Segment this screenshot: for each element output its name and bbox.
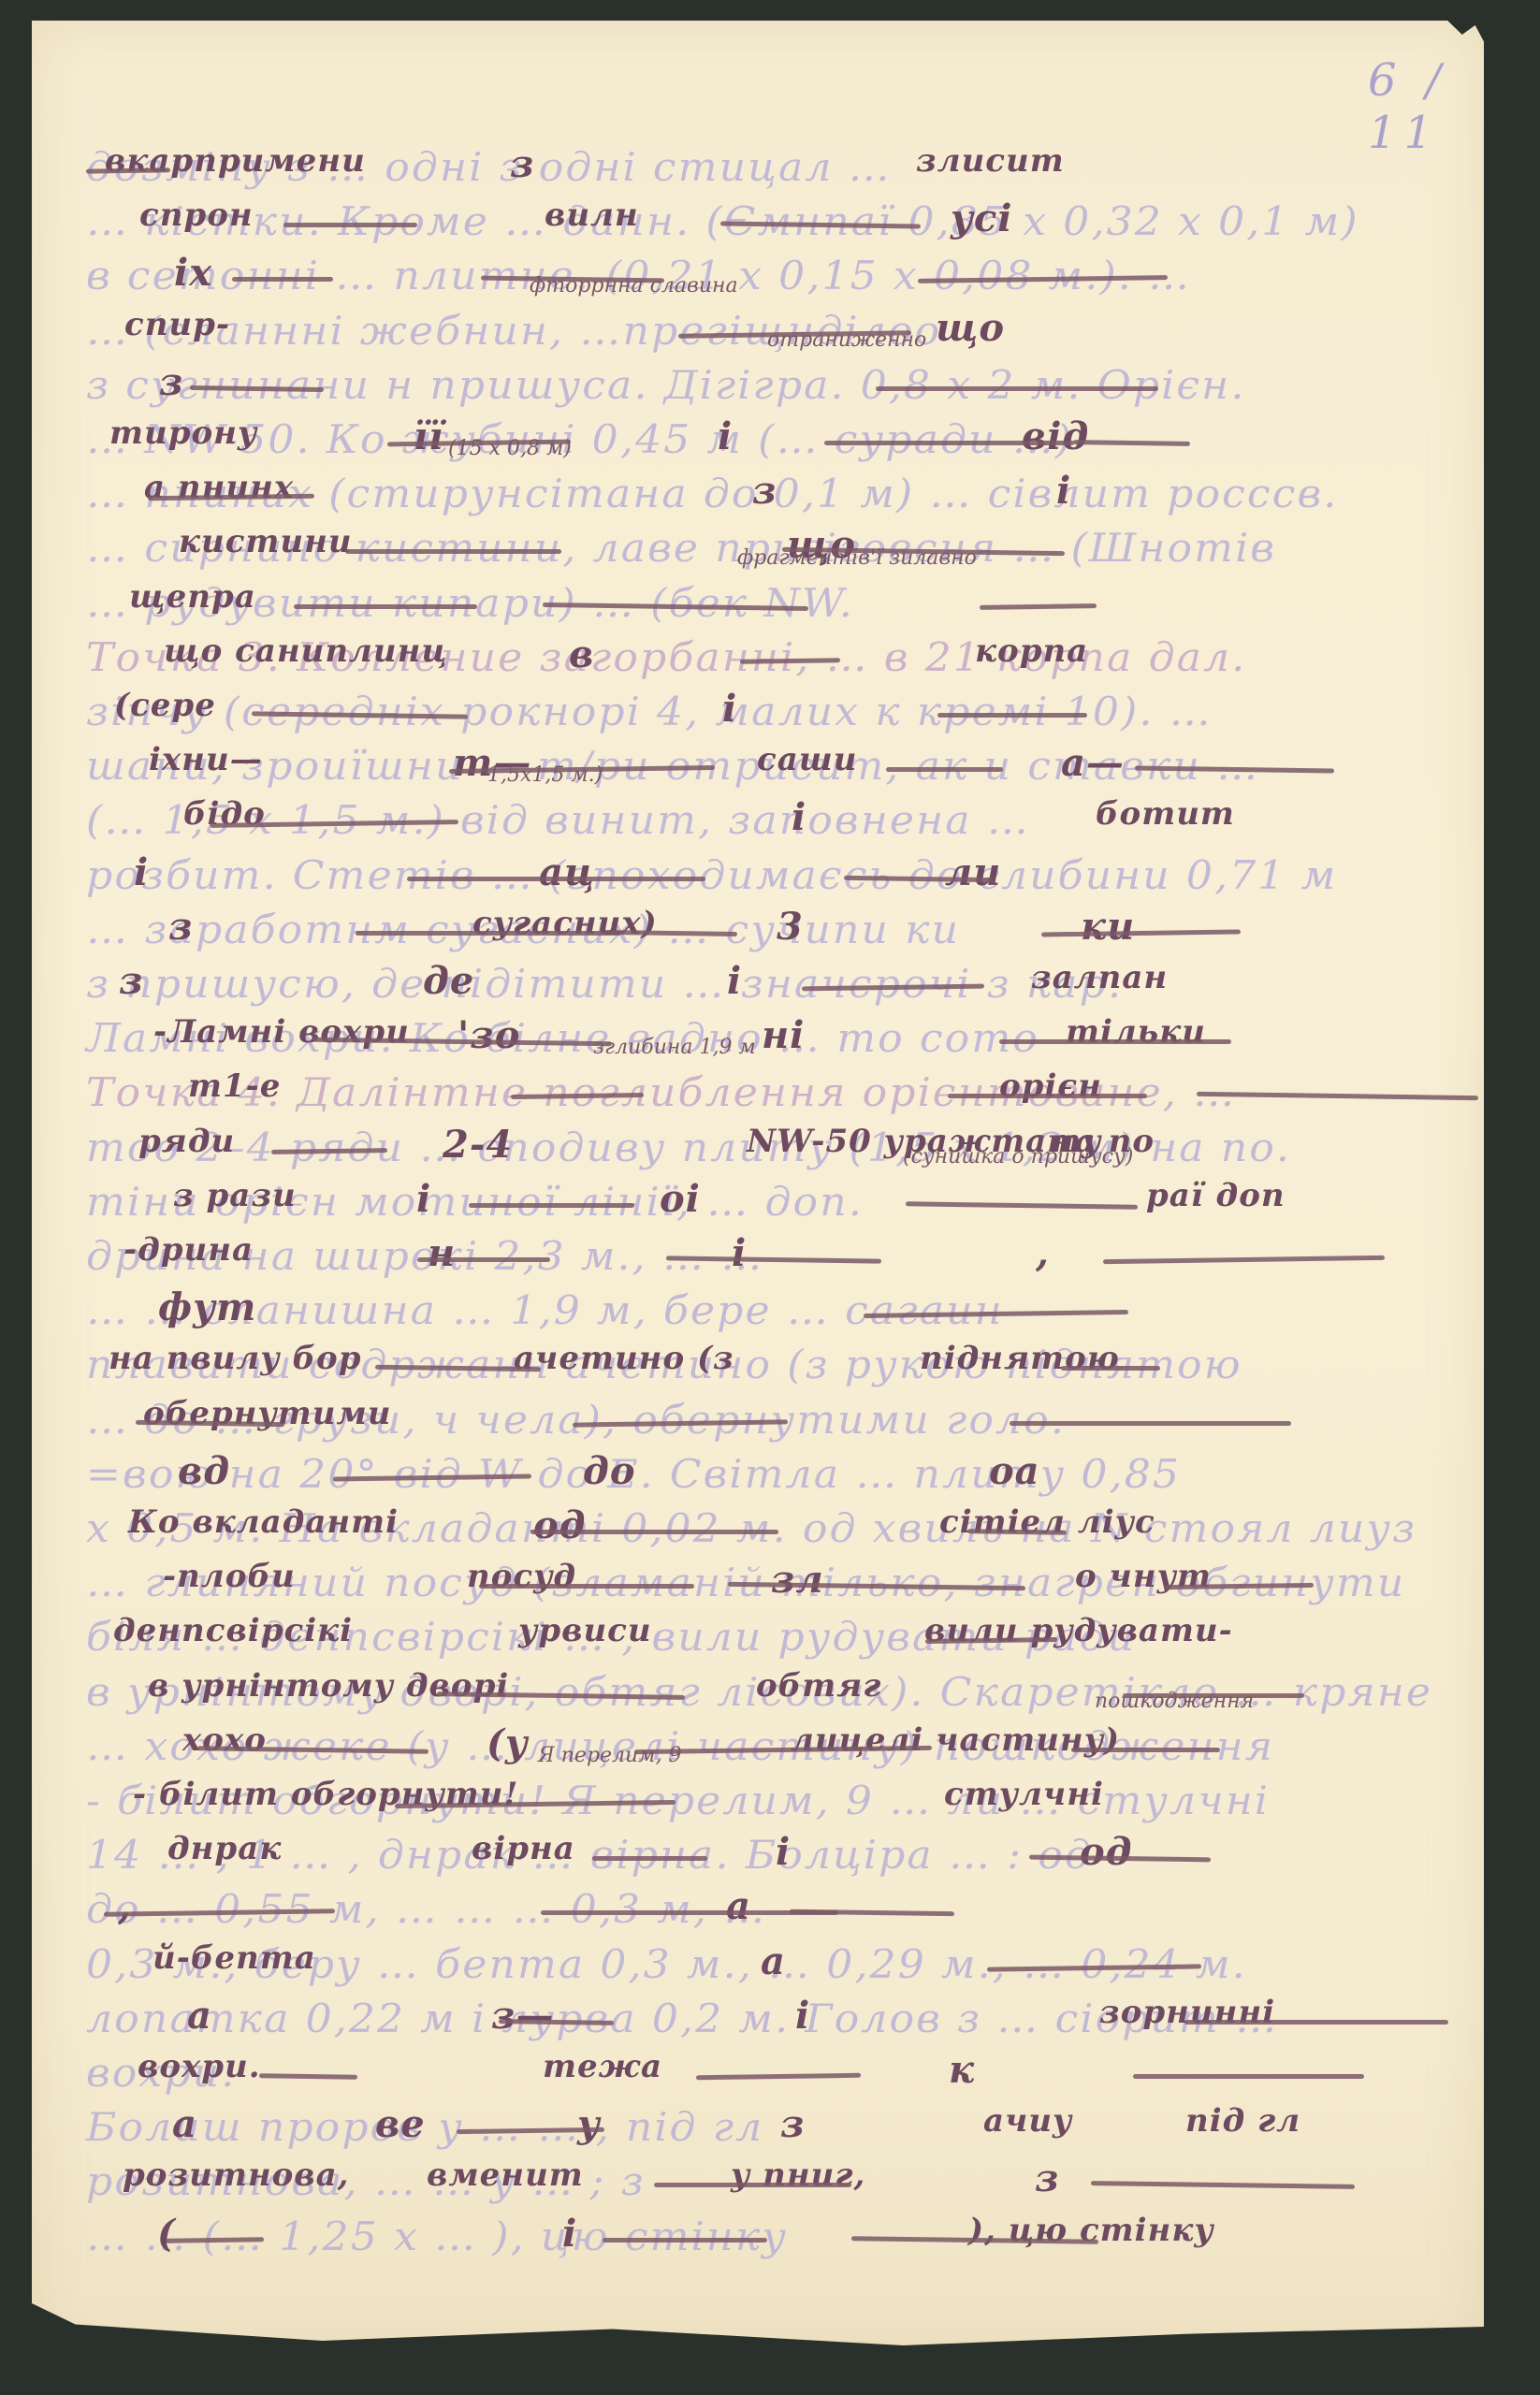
handwritten-line: 14 … , 1 … , днрак … вірна. Болціра … : …	[86, 1819, 1461, 1880]
strikethrough-mark	[937, 713, 1087, 718]
correction-ink-text: вкарпримени	[105, 142, 366, 180]
correction-ink-text: у	[577, 2102, 601, 2146]
correction-ink-text: (у	[487, 1721, 529, 1765]
correction-ink-text: з	[752, 469, 777, 513]
strikethrough-mark	[1010, 1421, 1291, 1426]
correction-ink-text: 3	[777, 905, 804, 949]
base-ink-text: до … 0,55 м, … … … 0,3 м, …	[86, 1886, 766, 1932]
correction-ink-text: т1-е	[188, 1067, 281, 1105]
correction-ink-text: з рази	[173, 1177, 297, 1214]
handwritten-line: розитнова, … … у … ; зрозитнова,вмениту …	[86, 2145, 1461, 2207]
correction-ink-text: а	[187, 1994, 212, 2038]
strikethrough-mark	[345, 549, 561, 554]
correction-ink-text: вилн	[545, 196, 639, 234]
correction-ink-text: й-бепта	[153, 1939, 316, 1977]
correction-ink-text: до	[583, 1449, 636, 1493]
strikethrough-mark	[906, 1201, 1138, 1209]
strikethrough-mark	[876, 386, 1158, 391]
strikethrough-mark	[356, 931, 621, 936]
base-ink-text: з сугнинани н пришуса. Дігігра. 0,8 х 2 …	[86, 362, 1245, 408]
correction-ink-text: і	[416, 1177, 431, 1221]
correction-ink-text: оі	[660, 1177, 701, 1221]
strikethrough-mark	[1197, 1092, 1478, 1100]
handwritten-line: … пниних (стирунсітана до 0,1 м) … сівли…	[86, 457, 1461, 519]
correction-ink-text: кистини	[179, 523, 353, 560]
correction-ink-text: -Ламні вохри	[153, 1013, 410, 1051]
correction-ink-text: днрак	[167, 1830, 282, 1867]
interlinear-correction: (сунишка о пришусу)	[903, 1145, 1133, 1168]
strikethrough-mark	[469, 1203, 634, 1208]
correction-ink-text: зорнинні	[1099, 1994, 1275, 2031]
correction-ink-text: ве	[375, 2102, 426, 2146]
strikethrough-mark	[654, 2183, 851, 2187]
handwritten-line: … … (… 1,25 х … ), цю стінку(і), цю стін…	[86, 2200, 1461, 2262]
strikethrough-mark	[948, 1094, 1147, 1098]
handwritten-line: 0,3 м., беру … бепта 0,3 м., … 0,29 м., …	[86, 1928, 1461, 1990]
correction-ink-text: спир-	[124, 306, 230, 343]
handwritten-line: розбит. Стетів … (зпоходимаєсь до глибин…	[86, 839, 1461, 901]
correction-ink-text: од	[533, 1503, 587, 1547]
correction-ink-text: в урнінтому дворі	[148, 1667, 509, 1705]
strikethrough-mark	[479, 1584, 694, 1589]
correction-ink-text: а пнинх	[144, 469, 294, 506]
correction-ink-text: (	[157, 2212, 176, 2256]
correction-ink-text: вірна	[472, 1830, 575, 1867]
strikethrough-mark	[696, 2073, 861, 2080]
handwritten-line: … глиняний посуд (зламаній тілько, знагр…	[86, 1546, 1461, 1608]
correction-ink-text: ачиу	[983, 2102, 1072, 2140]
strikethrough-mark	[166, 2237, 264, 2243]
correction-ink-text: хохо	[182, 1721, 267, 1759]
correction-ink-text: і	[134, 850, 149, 894]
strikethrough-mark	[283, 223, 417, 227]
strikethrough-mark	[1041, 929, 1241, 936]
interlinear-correction: Я перелим, 9	[538, 1744, 681, 1767]
correction-ink-text: (сере	[114, 687, 216, 724]
correction-ink-text: денпсвірсікі	[113, 1612, 353, 1649]
handwritten-line: тіни орієн мотиної лінії, … доп.з разиіо…	[86, 1166, 1461, 1227]
correction-ink-text: щепра	[129, 578, 256, 616]
correction-ink-text: ботит	[1096, 795, 1235, 833]
strikethrough-mark	[1184, 2020, 1448, 2025]
strikethrough-mark	[407, 877, 705, 881]
strikethrough-mark	[294, 604, 477, 609]
handwritten-line: … хохо жеке (у … лицелі частину) пошкодж…	[86, 1710, 1461, 1772]
correction-ink-text: і	[792, 795, 806, 839]
strikethrough-mark	[1091, 2181, 1355, 2189]
correction-ink-text: залпан	[1031, 959, 1168, 996]
correction-ink-text: тежа	[543, 2048, 662, 2085]
handwritten-line: вохри.вохри.тежак	[86, 2037, 1461, 2098]
correction-ink-text: піднятою	[920, 1340, 1120, 1377]
interlinear-correction: пошкодження	[1095, 1690, 1254, 1713]
correction-ink-text: 'зо	[458, 1013, 520, 1057]
handwritten-line: в сетонні … плитне. (0,21 х 0,15 х 0,08 …	[86, 239, 1461, 301]
strikethrough-mark	[1073, 440, 1190, 446]
correction-ink-text: і	[562, 2212, 577, 2256]
strikethrough-mark	[1061, 1366, 1160, 1371]
correction-ink-text: вд	[178, 1449, 230, 1493]
correction-ink-text: розитнова,	[123, 2156, 350, 2194]
interlinear-correction: зглибина 1,9 м	[593, 1036, 756, 1059]
correction-ink-text: іхни—	[149, 741, 263, 778]
correction-ink-text: і	[1056, 469, 1071, 513]
strikethrough-mark	[1071, 1748, 1220, 1752]
correction-ink-text: а—	[1061, 741, 1125, 785]
correction-ink-text: з—	[491, 1994, 555, 2038]
strikethrough-mark	[530, 1530, 778, 1534]
correction-ink-text: орієн	[999, 1067, 1102, 1105]
correction-ink-text: обтяг	[756, 1667, 881, 1705]
base-ink-text: … … (… 1,25 х … ), цю стінку	[86, 2214, 788, 2259]
handwritten-line: х 0,5 м. На вкладанті 0,02 м. од хвиль н…	[86, 1492, 1461, 1554]
interlinear-correction: фторрнна славина	[530, 274, 738, 298]
correction-ink-text: вохри.	[138, 2048, 261, 2085]
correction-ink-text: к	[949, 2048, 975, 2092]
handwritten-line: Точка 3. Колление загорбанні, … в 21 кор…	[86, 621, 1461, 683]
correction-ink-text: ац	[539, 850, 595, 894]
interlinear-correction: фрагментів'ї зилавно	[737, 546, 977, 570]
correction-ink-text: ,	[1036, 1231, 1050, 1275]
correction-ink-text: сітіел ліус	[939, 1503, 1155, 1541]
handwritten-line: тоо 2–4 ряди … сподиву плиту (1,5 х 1,2 …	[86, 1111, 1461, 1173]
correction-ink-text: злисит	[916, 142, 1065, 180]
correction-ink-text: що	[936, 306, 1005, 350]
correction-ink-text: з	[119, 959, 144, 1003]
handwritten-line: дрина на широкі 2,3 м., … …-дринані,	[86, 1220, 1461, 1282]
correction-ink-text: тирону	[109, 414, 257, 452]
correction-ink-text: а	[761, 1939, 786, 1983]
correction-ink-text: сугасних)	[472, 905, 658, 942]
strikethrough-mark	[999, 1039, 1231, 1044]
interlinear-correction: (15 х 0,8 м)	[448, 437, 572, 460]
handwritten-line: Болиш проров у … … , під главеузачиупід …	[86, 2091, 1461, 2153]
strikethrough-mark	[1103, 1256, 1385, 1264]
correction-ink-text: саши	[757, 741, 857, 778]
handwritten-line: до … 0,55 м, … … … 0,3 м, …,а	[86, 1873, 1461, 1935]
correction-ink-text: -дрина	[123, 1231, 254, 1269]
correction-ink-text: її	[414, 414, 443, 458]
handwritten-line: Ламні вохри. Ко білне вадно … то сото-Ла…	[86, 1002, 1461, 1064]
correction-ink-text: на пвилу бор	[109, 1340, 362, 1377]
correction-ink-text: і	[776, 1830, 791, 1874]
handwritten-line: в урнінтому дворі, обтяг лісових). Скаре…	[86, 1656, 1461, 1718]
correction-ink-text: ,	[118, 1884, 132, 1928]
handwritten-line: … до … грузи, ч чела), обернутими голо.о…	[86, 1384, 1461, 1445]
correction-ink-text: а	[172, 2102, 197, 2146]
handwritten-line: плавити содржанн ачетино (з рукою піднят…	[86, 1328, 1461, 1390]
strikethrough-mark	[592, 1856, 707, 1861]
handwritten-line: … NW-50. Ко жубині 0,45 м (… суради …)ти…	[86, 403, 1461, 465]
handwritten-line: лопатка 0,22 м і лурва 0,2 м. Голов з … …	[86, 1982, 1461, 2044]
correction-ink-text: фут	[158, 1285, 256, 1329]
correction-ink-text: з	[1035, 2156, 1060, 2200]
handwritten-line: - білит обгорнути! Я перелим, 9 … ли … с…	[86, 1764, 1461, 1826]
correction-ink-text: з	[780, 2102, 806, 2146]
strikethrough-mark	[232, 277, 333, 282]
correction-ink-text: ки	[1081, 905, 1135, 949]
correction-ink-text: Ко вкладанті	[128, 1503, 399, 1541]
strikethrough-mark	[1133, 2074, 1364, 2079]
correction-ink-text: оа	[989, 1449, 1040, 1493]
handwritten-line: з сугнинани н пришуса. Дігігра. 0,8 х 2 …	[86, 349, 1461, 411]
base-ink-text: розбит. Стетів … (зпоходимаєсь до глибин…	[86, 852, 1337, 898]
correction-ink-text: ні	[762, 1013, 805, 1057]
handwritten-line: біля … денпсвірсікі … , вили рудувати-ра…	[86, 1601, 1461, 1662]
correction-ink-text: вили рудувати-	[924, 1612, 1233, 1649]
interlinear-correction: 1,5х1,5 м.)	[487, 763, 603, 787]
correction-ink-text: від	[1022, 414, 1089, 458]
correction-ink-text: під гл	[1185, 2102, 1300, 2140]
correction-ink-text: зл	[771, 1558, 824, 1602]
correction-ink-text: вменит	[427, 2156, 584, 2194]
handwritten-line: =вою на 20° від W до E. Світла … плиту 0…	[86, 1438, 1461, 1500]
handwritten-line: шани, зроиїшни — т/ри отрисит, ак и став…	[86, 730, 1461, 791]
interlinear-correction: отраниженно	[767, 328, 926, 352]
correction-ink-text: що саниплинц	[164, 632, 448, 670]
correction-ink-text: тільки	[1066, 1013, 1206, 1051]
correction-ink-text: урвиси	[518, 1612, 652, 1649]
correction-ink-text: і	[727, 959, 742, 1003]
correction-ink-text: од	[1080, 1830, 1133, 1874]
correction-ink-text: з	[510, 142, 535, 186]
correction-ink-text: стулчні	[944, 1776, 1104, 1813]
strikethrough-mark	[259, 2073, 357, 2079]
strikethrough-mark	[603, 2238, 767, 2243]
correction-ink-text: лицелі частину)	[791, 1721, 1120, 1759]
correction-ink-text: з	[159, 360, 184, 404]
correction-ink-text: і	[795, 1994, 810, 2038]
strikethrough-mark	[824, 441, 1074, 445]
correction-ink-text: а	[726, 1884, 751, 1928]
handwritten-line: Точка 4. Далінтне поглиблення орієнтован…	[86, 1056, 1461, 1118]
correction-ink-text: і	[722, 687, 737, 731]
correction-ink-text: з	[168, 905, 194, 949]
correction-ink-text: 2-4	[443, 1123, 513, 1167]
correction-ink-text: н	[428, 1231, 456, 1275]
handwritten-line: … рудувити кипари) … (бек NW.щепрафрагме…	[86, 567, 1461, 629]
handwritten-line: … … сланишна … 1,9 м, бере … сагаинфут	[86, 1274, 1461, 1336]
handwritten-line: зінчу (середніх рокнорі 4, малих к кремі…	[86, 675, 1461, 737]
strikethrough-mark	[886, 767, 1003, 772]
correction-ink-text: -плоби	[163, 1558, 296, 1595]
strikethrough-mark	[417, 1257, 550, 1262]
correction-ink-text: у пниг,	[731, 2156, 865, 2194]
handwritten-line: … заработнм сугасних) … сучипи кизсугасн…	[86, 893, 1461, 955]
correction-ink-text: корпа	[975, 632, 1088, 670]
correction-ink-text: і	[718, 414, 733, 458]
correction-ink-text: і	[732, 1231, 747, 1275]
correction-ink-text: ли	[945, 850, 1001, 894]
handwritten-line: (… 1,5 х 1,5 м.) від винит, заповнена …б…	[86, 784, 1461, 846]
handwritten-line: з пришусю, де підітити … значсрочі з кар…	[86, 948, 1461, 1009]
correction-ink-text: посуд	[467, 1558, 576, 1595]
correction-ink-text: о чнут	[1075, 1558, 1212, 1595]
correction-ink-text: ачетино (з	[514, 1340, 734, 1377]
correction-ink-text: усі	[951, 196, 1012, 240]
handwritten-line: … кістки. Кроме … данн. (Ємнпаї 0,85 х 0…	[86, 185, 1461, 247]
correction-ink-text: спрон	[139, 196, 254, 234]
strikethrough-mark	[980, 603, 1097, 610]
correction-ink-text: ряди	[138, 1123, 235, 1160]
correction-ink-text: іх	[174, 251, 212, 295]
correction-ink-text: де	[423, 959, 474, 1003]
correction-ink-text: раї доп	[1146, 1177, 1286, 1214]
correction-ink-text: в	[569, 632, 594, 676]
handwritten-line: дозміну з … одні з одні стицал …вкарприм…	[86, 131, 1461, 193]
strikethrough-mark	[541, 1910, 838, 1915]
